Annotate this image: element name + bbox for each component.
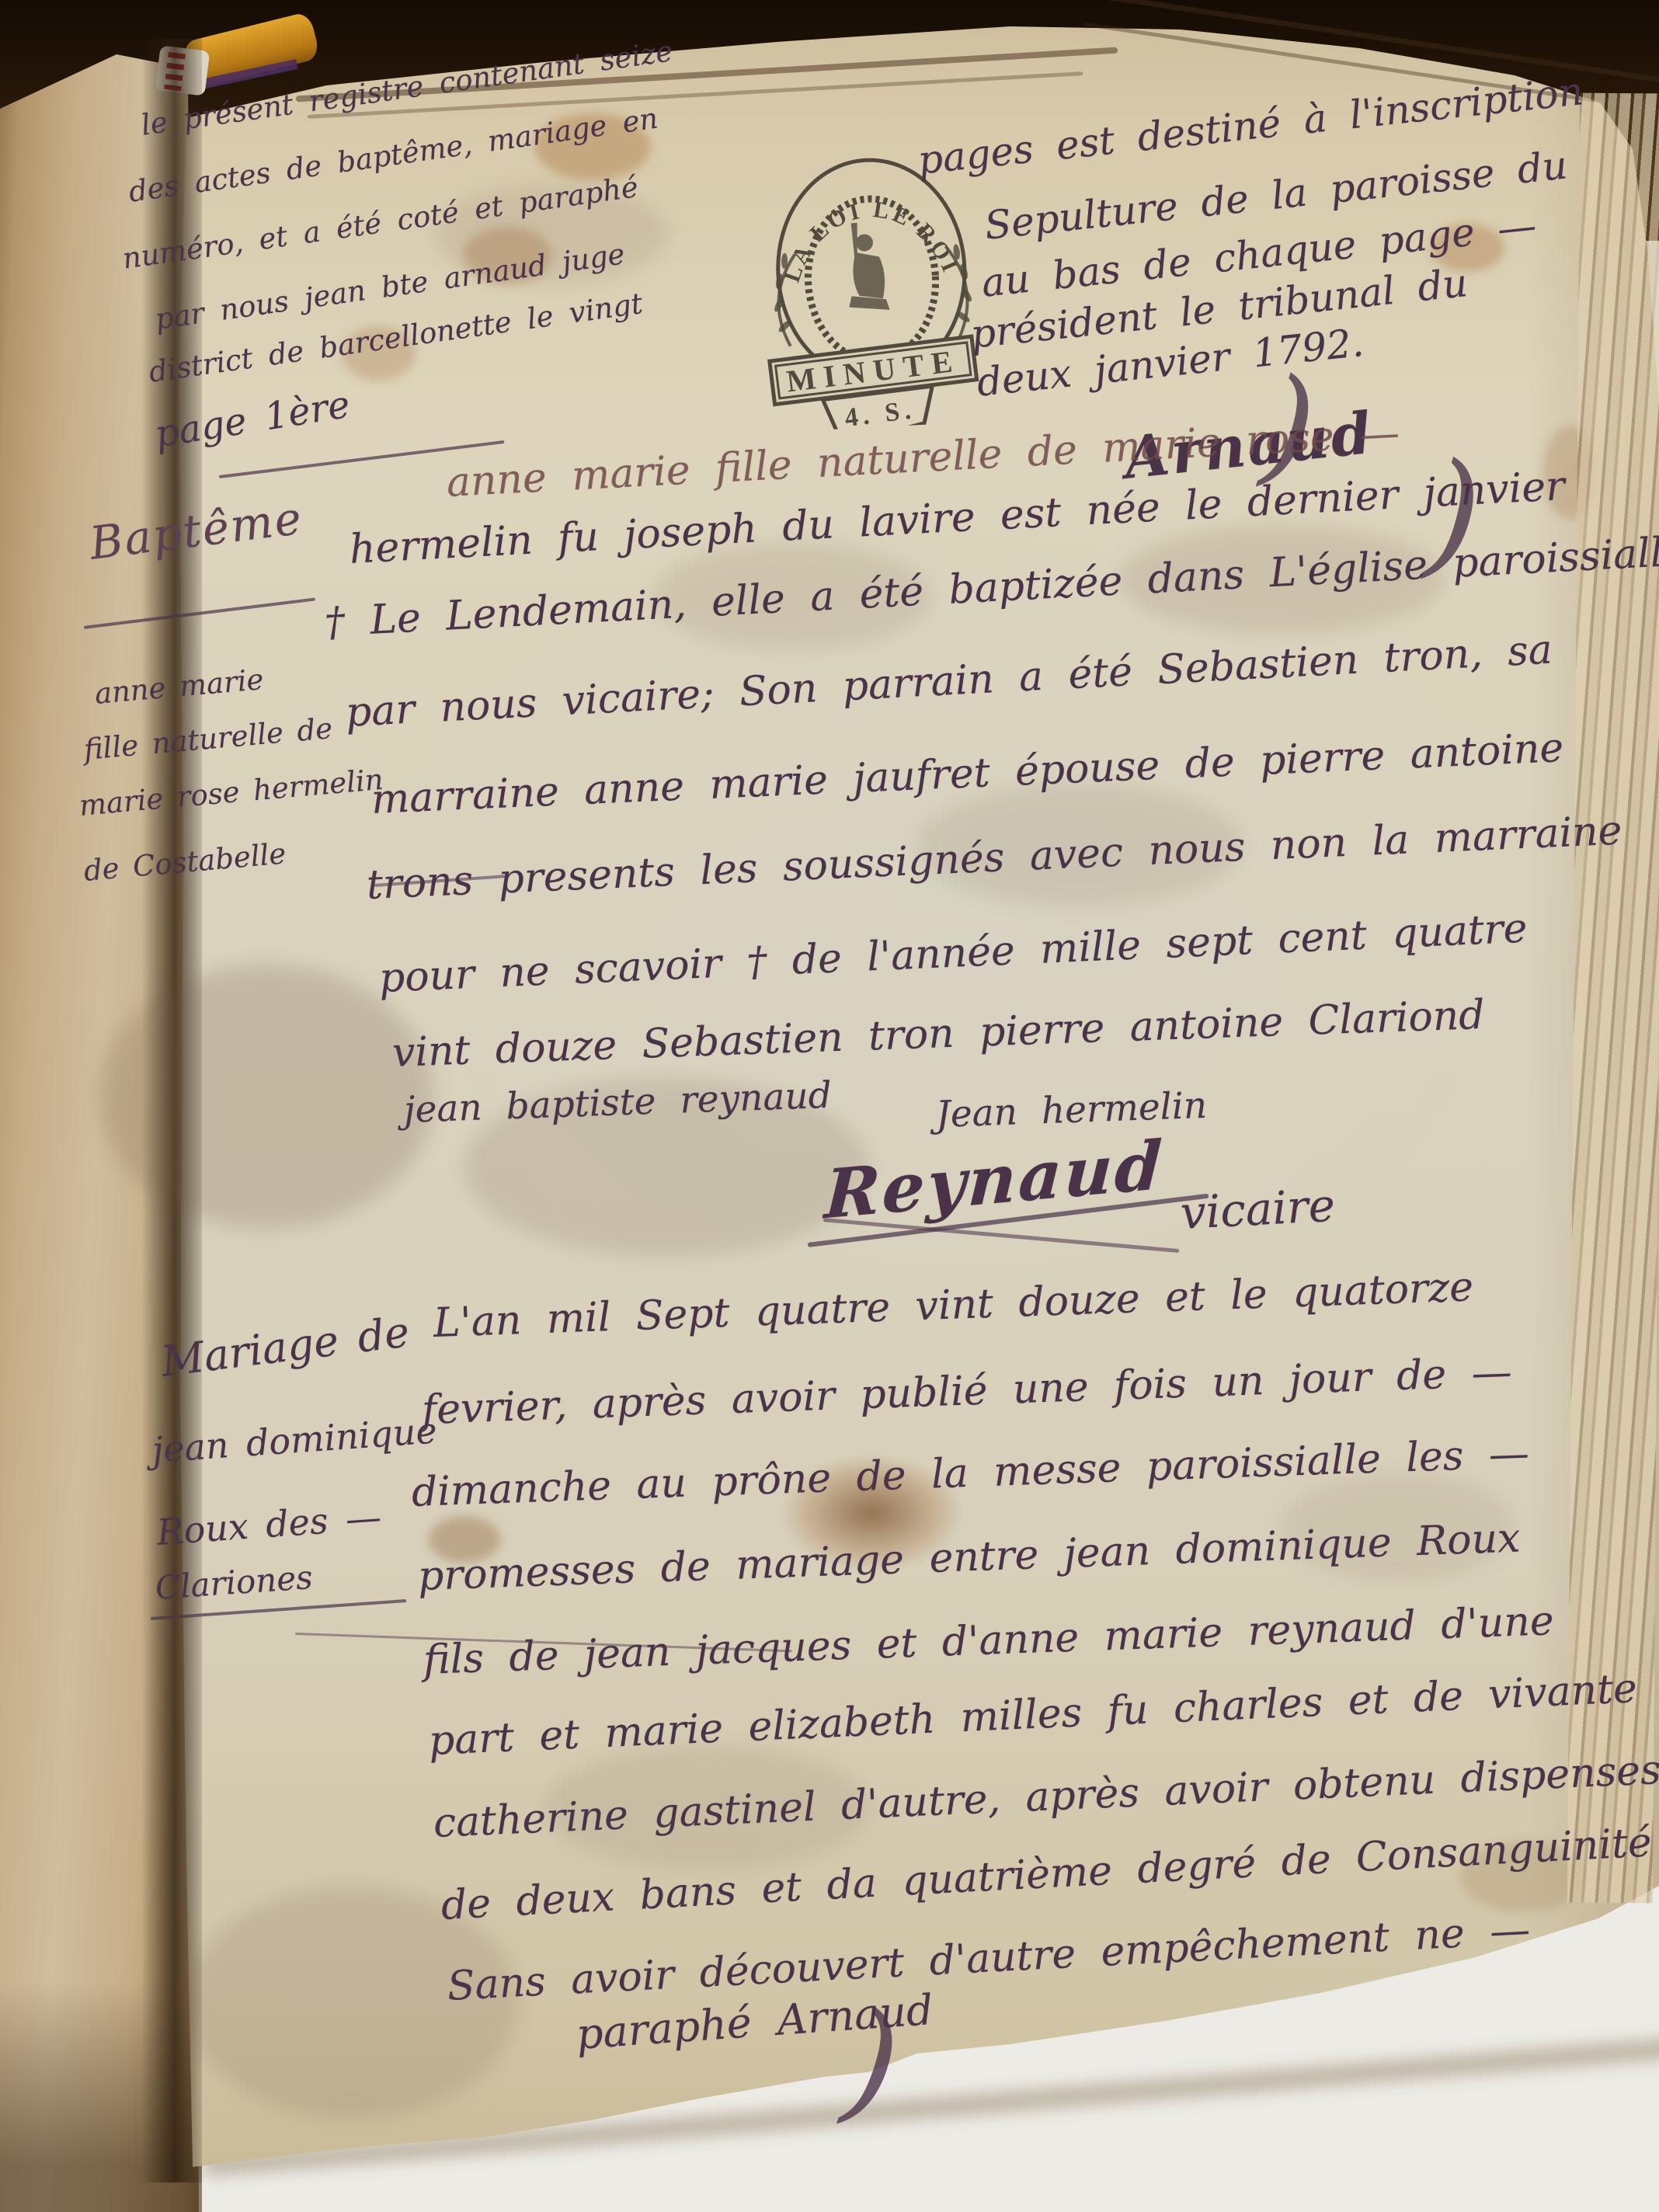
fiscal-stamp: LA LOI LE ROI MINUTE [753, 142, 992, 433]
ink-bleed-smudge [99, 965, 433, 1229]
page-stack-edge [1567, 93, 1659, 1904]
manuscript-photo: le présent registre contenant seize des … [0, 0, 1659, 2212]
signature-role: vicaire [1179, 1179, 1336, 1240]
seated-figure-icon [845, 221, 890, 312]
